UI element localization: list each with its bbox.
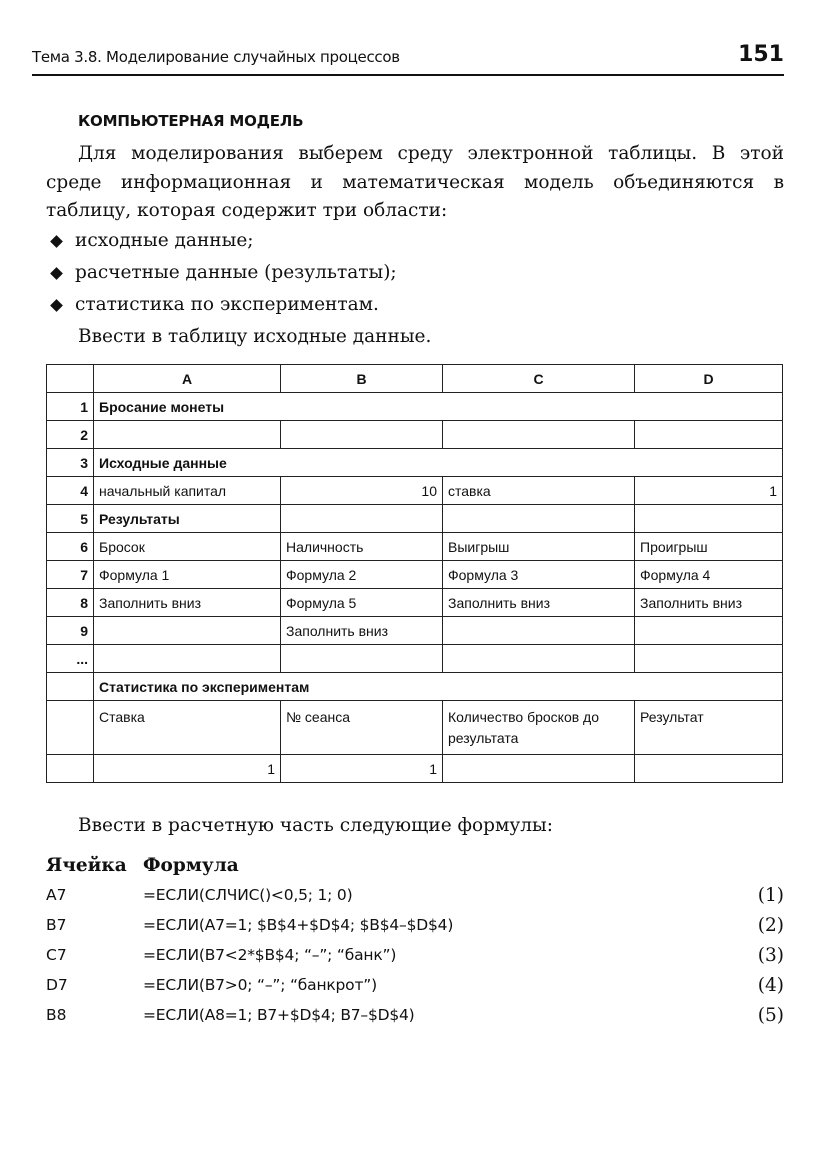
cell-a3: Исходные данные [94, 449, 783, 477]
table-row: 6 Бросок Наличность Выигрыш Проигрыш [47, 533, 783, 561]
formula-row: C7 =ЕСЛИ(B7<2*$B$4; “–”; “банк”) (3) [46, 940, 784, 970]
header-cell-label: Ячейка [46, 855, 143, 876]
table-row: 4 начальный капитал 10 ставка 1 [47, 477, 783, 505]
bullet-text: статистика по экспериментам. [75, 290, 379, 320]
formula-cell-ref: C7 [46, 946, 143, 964]
stats-header-session: № сеанса [281, 701, 443, 755]
diamond-bullet-icon [50, 267, 63, 280]
equation-number: (3) [758, 945, 784, 966]
running-title: Тема 3.8. Моделирование случайных процес… [32, 48, 400, 66]
cell-a1: Бросание монеты [94, 393, 783, 421]
formula-expression: =ЕСЛИ(A8=1; B7+$D$4; B7–$D$4) [143, 1006, 758, 1024]
row-number: 1 [47, 393, 94, 421]
column-header-a: A [94, 365, 281, 393]
column-header-b: B [281, 365, 443, 393]
formula-row: D7 =ЕСЛИ(B7>0; “–”; “банкрот”) (4) [46, 970, 784, 1000]
cell-d7: Формула 4 [635, 561, 783, 589]
cell-b7: Формула 2 [281, 561, 443, 589]
cell-b8: Формула 5 [281, 589, 443, 617]
row-number-blank [47, 673, 94, 701]
bullet-item: статистика по экспериментам. [46, 289, 397, 321]
cell-b6: Наличность [281, 533, 443, 561]
diamond-bullet-icon [50, 235, 63, 248]
cell-c7: Формула 3 [443, 561, 635, 589]
cell-d4: 1 [635, 477, 783, 505]
running-header: Тема 3.8. Моделирование случайных процес… [32, 44, 784, 76]
row-number: 6 [47, 533, 94, 561]
formula-cell-ref: B8 [46, 1006, 143, 1024]
table-row: 7 Формула 1 Формула 2 Формула 3 Формула … [47, 561, 783, 589]
table-row: 1 1 [47, 755, 783, 783]
header-formula-label: Формула [143, 855, 239, 876]
cell-empty [281, 645, 443, 673]
stats-header-bet: Ставка [94, 701, 281, 755]
table-row: 8 Заполнить вниз Формула 5 Заполнить вни… [47, 589, 783, 617]
cell-d6: Проигрыш [635, 533, 783, 561]
formula-row: A7 =ЕСЛИ(СЛЧИС()<0,5; 1; 0) (1) [46, 880, 784, 910]
cell-d2 [635, 421, 783, 449]
formula-expression: =ЕСЛИ(A7=1; $B$4+$D$4; $B$4–$D$4) [143, 916, 758, 934]
corner-cell [47, 365, 94, 393]
row-number: 8 [47, 589, 94, 617]
section-title: КОМПЬЮТЕРНАЯ МОДЕЛЬ [78, 112, 303, 130]
cell-a8: Заполнить вниз [94, 589, 281, 617]
row-number-blank [47, 755, 94, 783]
formulas-lead-in: Ввести в расчетную часть следующие форму… [78, 815, 553, 836]
cell-c6: Выигрыш [443, 533, 635, 561]
row-number-ellipsis: ... [47, 645, 94, 673]
cell-a4: начальный капитал [94, 477, 281, 505]
row-number: 7 [47, 561, 94, 589]
cell-d5 [635, 505, 783, 533]
bullet-item: расчетные данные (результаты); [46, 257, 397, 289]
cell-b2 [281, 421, 443, 449]
equation-number: (1) [758, 885, 784, 906]
stats-bet-value: 1 [94, 755, 281, 783]
row-number: 5 [47, 505, 94, 533]
cell-empty [635, 645, 783, 673]
cell-c5 [443, 505, 635, 533]
row-number: 4 [47, 477, 94, 505]
intro-paragraph: Для моделирования выберем среду электрон… [46, 140, 784, 226]
row-number: 3 [47, 449, 94, 477]
table-row: 3 Исходные данные [47, 449, 783, 477]
cell-c9 [443, 617, 635, 645]
column-header-c: C [443, 365, 635, 393]
table-lead-in: Ввести в таблицу исходные данные. [78, 326, 431, 347]
cell-d8: Заполнить вниз [635, 589, 783, 617]
page-number: 151 [738, 42, 784, 67]
cell-c4: ставка [443, 477, 635, 505]
diamond-bullet-icon [50, 299, 63, 312]
formula-expression: =ЕСЛИ(B7>0; “–”; “банкрот”) [143, 976, 758, 994]
cell-b9: Заполнить вниз [281, 617, 443, 645]
cell-c8: Заполнить вниз [443, 589, 635, 617]
equation-number: (4) [758, 975, 784, 996]
row-number: 2 [47, 421, 94, 449]
formula-list-header: Ячейка Формула [46, 850, 784, 880]
bullet-text: исходные данные; [75, 226, 254, 256]
stats-title-cell: Статистика по экспериментам [94, 673, 783, 701]
table-row: ... [47, 645, 783, 673]
stats-header-throws: Количество бросков до результата [443, 701, 635, 755]
bullet-text: расчетные данные (результаты); [75, 258, 397, 288]
formula-cell-ref: D7 [46, 976, 143, 994]
row-number-blank [47, 701, 94, 755]
stats-session-value: 1 [281, 755, 443, 783]
cell-b5 [281, 505, 443, 533]
table-row: 1 Бросание монеты [47, 393, 783, 421]
formula-row: B7 =ЕСЛИ(A7=1; $B$4+$D$4; $B$4–$D$4) (2) [46, 910, 784, 940]
column-header-row: A B C D [47, 365, 783, 393]
stats-header-result: Результат [635, 701, 783, 755]
cell-empty [94, 645, 281, 673]
cell-a5: Результаты [94, 505, 281, 533]
cell-a2 [94, 421, 281, 449]
table-row: Статистика по экспериментам [47, 673, 783, 701]
equation-number: (5) [758, 1005, 784, 1026]
row-number: 9 [47, 617, 94, 645]
formula-cell-ref: B7 [46, 916, 143, 934]
formula-expression: =ЕСЛИ(B7<2*$B$4; “–”; “банк”) [143, 946, 758, 964]
spreadsheet-table: A B C D 1 Бросание монеты 2 3 Исходные д… [46, 364, 783, 783]
cell-a6: Бросок [94, 533, 281, 561]
bullet-list: исходные данные; расчетные данные (резул… [46, 225, 397, 321]
formula-list: Ячейка Формула A7 =ЕСЛИ(СЛЧИС()<0,5; 1; … [46, 850, 784, 1030]
table-row: 2 [47, 421, 783, 449]
formula-cell-ref: A7 [46, 886, 143, 904]
table-row: Ставка № сеанса Количество бросков до ре… [47, 701, 783, 755]
formula-row: B8 =ЕСЛИ(A8=1; B7+$D$4; B7–$D$4) (5) [46, 1000, 784, 1030]
table-row: 9 Заполнить вниз [47, 617, 783, 645]
cell-a9 [94, 617, 281, 645]
cell-d9 [635, 617, 783, 645]
column-header-d: D [635, 365, 783, 393]
cell-b4: 10 [281, 477, 443, 505]
stats-result-value [635, 755, 783, 783]
cell-a7: Формула 1 [94, 561, 281, 589]
bullet-item: исходные данные; [46, 225, 397, 257]
equation-number: (2) [758, 915, 784, 936]
cell-empty [443, 645, 635, 673]
formula-expression: =ЕСЛИ(СЛЧИС()<0,5; 1; 0) [143, 886, 758, 904]
stats-throws-value [443, 755, 635, 783]
cell-c2 [443, 421, 635, 449]
table-row: 5 Результаты [47, 505, 783, 533]
